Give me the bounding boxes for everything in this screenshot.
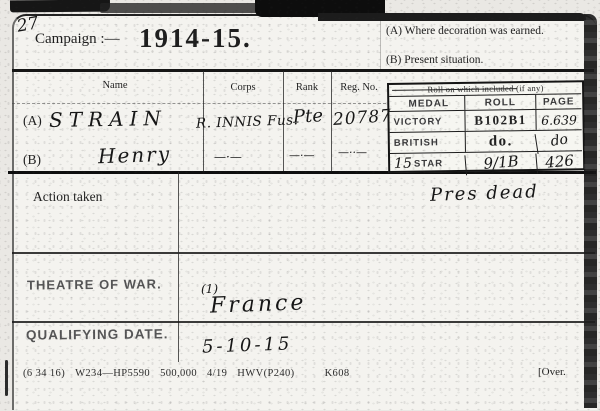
medal-header: MEDAL: [389, 96, 464, 111]
scan-artifact-bottom-left: [5, 360, 8, 396]
star-roll-value: 9/1B: [464, 149, 536, 175]
scan-artifact-right-edge: [584, 14, 597, 408]
scan-artifact-top-middle: [100, 3, 270, 13]
printer-code-part: W234—HP5590: [75, 368, 150, 379]
label-column-rule: [178, 172, 179, 362]
row-a-surname: STRAIN: [49, 106, 167, 132]
medal-roll-table: Roll on which included (if any) MEDAL RO…: [387, 80, 585, 173]
note-a: (A) Where decoration was earned.: [386, 25, 544, 37]
column-header-corps: Corps: [218, 82, 268, 93]
medal-row-british: BRITISH do. do: [390, 129, 582, 153]
column-header-rank: Rank: [288, 82, 326, 93]
printer-code-part: 4/19: [207, 368, 227, 379]
star-medal-stamp: STAR: [414, 158, 443, 169]
theatre-bottom-line: [12, 321, 595, 323]
campaign-value: 1914-15.: [139, 23, 252, 54]
theatre-value: France: [210, 290, 307, 318]
page-header: PAGE: [535, 94, 581, 109]
action-taken-bottom-line: [12, 252, 595, 254]
row-a-reg-no: 20787: [332, 106, 392, 130]
british-medal-label: BRITISH: [390, 132, 465, 153]
card-top-edge-band: [318, 13, 586, 21]
header-notes-divider: [380, 18, 381, 70]
victory-page-value: 6.639: [535, 109, 581, 130]
qualifying-date-label: QUALIFYING DATE.: [26, 326, 169, 342]
medal-index-card: [12, 14, 597, 410]
over-label: [Over.: [538, 366, 566, 378]
victory-roll-value: B102B1: [464, 110, 535, 131]
victory-medal-label: VICTORY: [389, 111, 464, 132]
note-b: (B) Present situation.: [386, 54, 483, 66]
british-roll-value: do.: [465, 131, 536, 152]
medal-row-victory: VICTORY B102B1 6.639: [389, 108, 581, 132]
star-page-value: 426: [535, 150, 583, 174]
printer-code-part: 500,000: [160, 368, 197, 379]
qualifying-date-value: 5-10-15: [202, 333, 293, 357]
roll-header: ROLL: [464, 95, 535, 110]
scan-artifact-top-left: [10, 0, 110, 12]
printer-code-part: K608: [325, 368, 350, 379]
column-header-name: Name: [85, 80, 145, 91]
action-taken-value: Pres dead: [430, 181, 539, 206]
row-a-rank: Pte: [292, 105, 323, 128]
star-medal-label: 15 STAR: [390, 153, 465, 174]
row-b-regno-ditto: —··—: [338, 146, 367, 159]
action-taken-label: Action taken: [33, 189, 102, 205]
column-header-underline: [12, 103, 386, 104]
theatre-of-war-label: THEATRE OF WAR.: [27, 276, 162, 292]
row-b-corps-ditto: —·—: [214, 150, 242, 164]
row-b-prefix: (B): [23, 152, 41, 168]
star-medal-prefix-handwritten: 15: [394, 156, 412, 172]
medal-row-star: 15 STAR 9/1B 426: [390, 150, 582, 174]
printer-code-part: HWV(P240): [237, 368, 294, 379]
row-b-rank-ditto: —·—: [289, 149, 315, 162]
column-header-reg-no: Reg. No.: [334, 82, 384, 93]
medal-table-header-row: MEDAL ROLL PAGE: [389, 93, 581, 111]
row-b-forename: Henry: [98, 142, 172, 169]
row-a-prefix: (A): [23, 113, 42, 129]
rule-rank-regno: [331, 71, 332, 172]
campaign-label: Campaign :—: [35, 31, 120, 48]
header-divider-line: [12, 69, 594, 72]
printer-code-part: (6 34 16): [23, 368, 65, 379]
printer-code-line: (6 34 16) W234—HP5590 500,000 4/19 HWV(P…: [23, 368, 350, 379]
